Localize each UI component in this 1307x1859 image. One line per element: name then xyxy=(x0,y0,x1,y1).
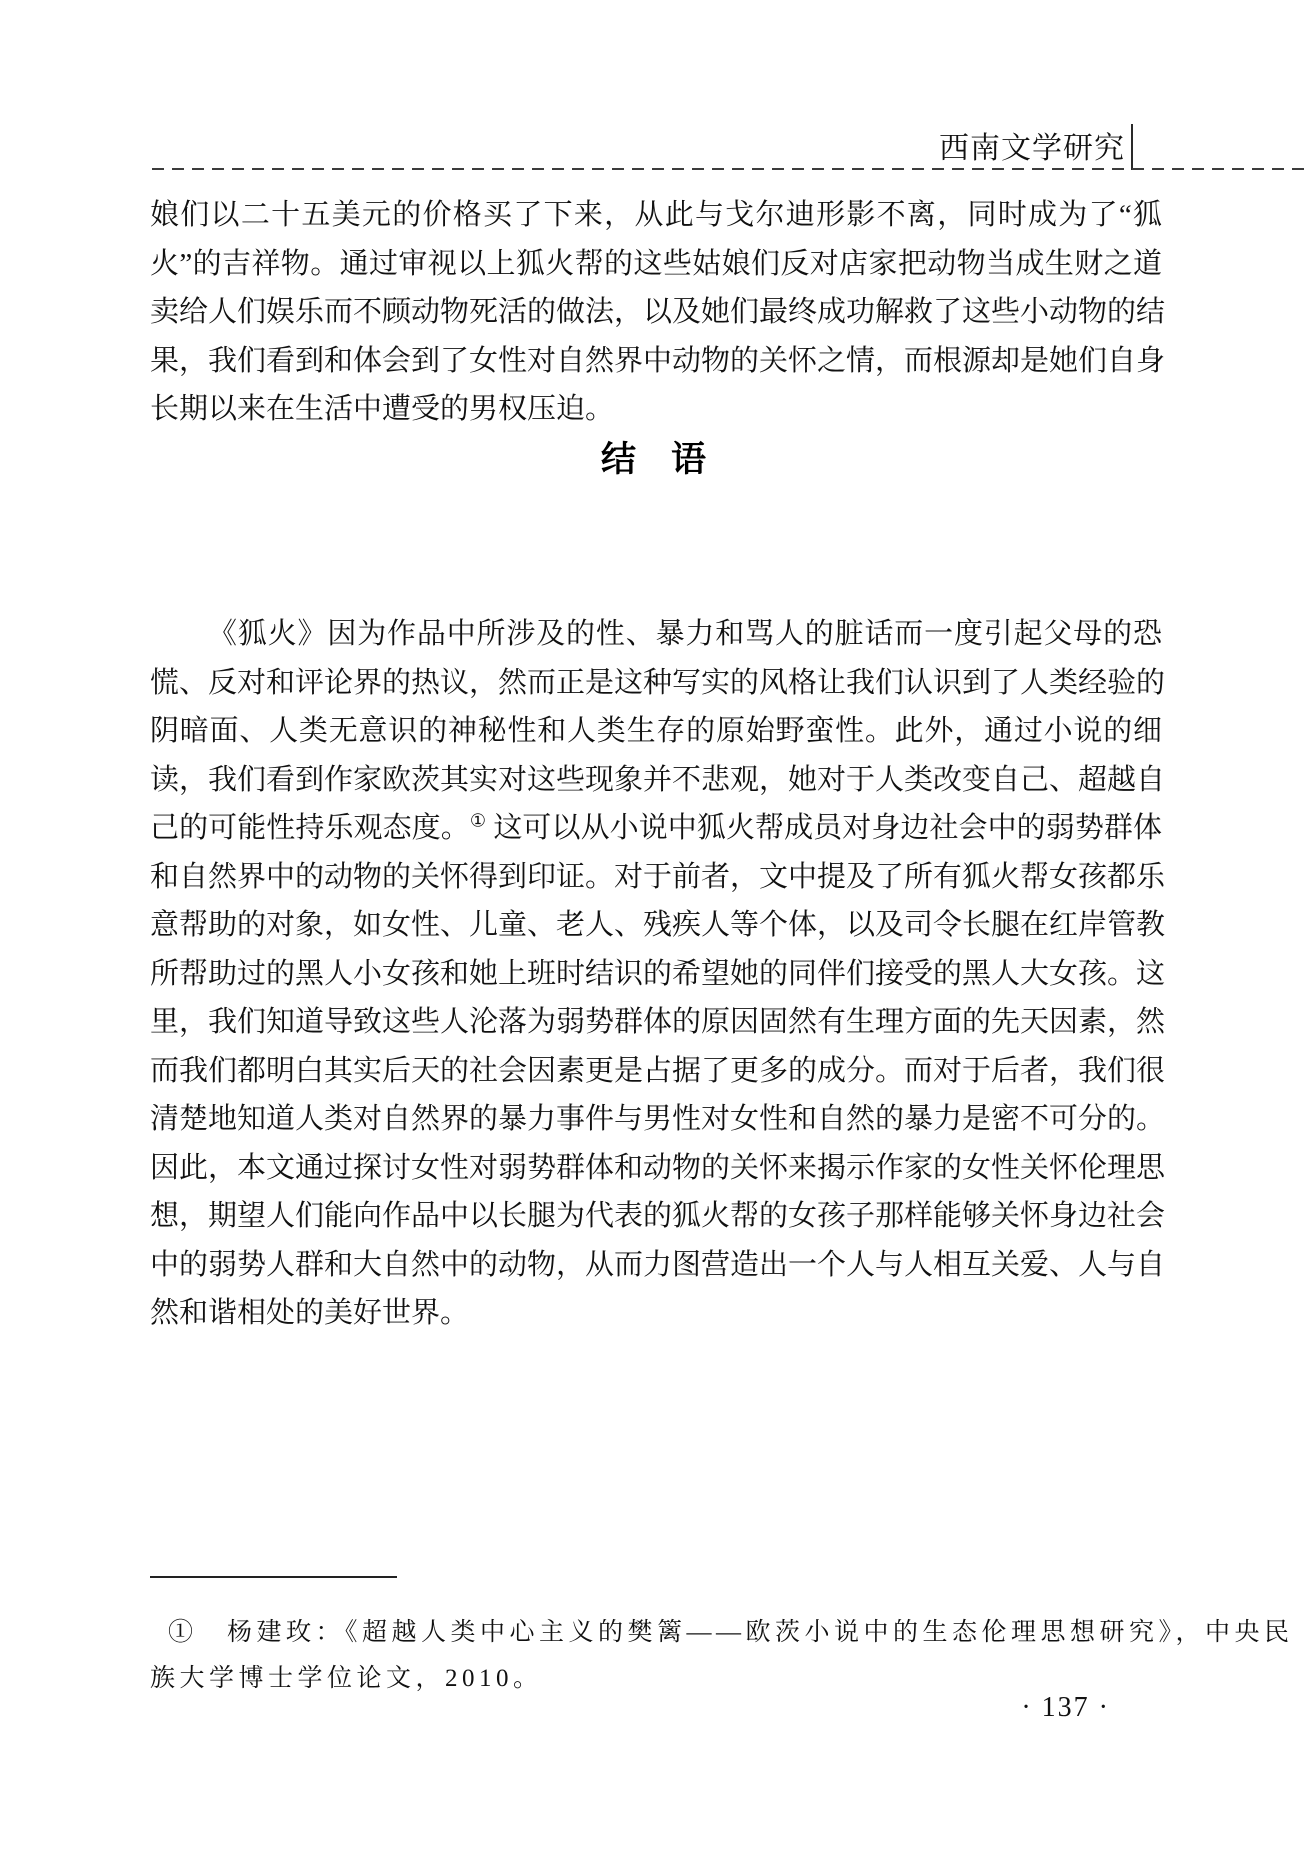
body-text-line: 《狐火》因为作品中所涉及的性、暴力和骂人的脏话而一度引起父母的恐 xyxy=(150,610,1162,659)
running-head-title: 西南文学研究 xyxy=(939,131,1125,167)
running-head-vertical-bar xyxy=(1131,124,1133,170)
page-number: · 137 · xyxy=(1021,1692,1110,1724)
body-text-line: 果，我们看到和体会到了女性对自然界中动物的关怀之情，而根源却是她们自身 xyxy=(150,337,1162,386)
body-text-line: 火”的吉祥物。通过审视以上狐火帮的这些姑娘们反对店家把动物当成生财之道 xyxy=(150,240,1162,289)
running-head-dashed-rule xyxy=(152,168,1307,170)
body-text-line: 和自然界中的动物的关怀得到印证。对于前者，文中提及了所有狐火帮女孩都乐 xyxy=(150,853,1162,902)
document-page: 西南文学研究 娘们以二十五美元的价格买了下来，从此与戈尔迪形影不离，同时成为了“… xyxy=(0,0,1307,1859)
text-after-ref: 这可以从小说中狐火帮成员对身边社会中的弱势群体 xyxy=(493,812,1162,844)
body-text-line: 慌、反对和评论界的热议，然而正是这种写实的风格让我们认识到了人类经验的 xyxy=(150,659,1162,708)
body-text-line: 中的弱势人群和大自然中的动物，从而力图营造出一个人与人相互关爱、人与自 xyxy=(150,1241,1162,1290)
body-text-line: 想，期望人们能向作品中以长腿为代表的狐火帮的女孩子那样能够关怀身边社会 xyxy=(150,1192,1162,1241)
body-text-line: 卖给人们娱乐而不顾动物死活的做法，以及她们最终成功解救了这些小动物的结 xyxy=(150,288,1162,337)
body-text-line: 所帮助过的黑人小女孩和她上班时结识的希望她的同伴们接受的黑人大女孩。这 xyxy=(150,950,1162,999)
body-text-line: 长期以来在生活中遭受的男权压迫。 xyxy=(150,385,1162,434)
footnote-text-line: 族大学博士学位论文，2010。 xyxy=(150,1656,1162,1702)
body-text-line: 意帮助的对象，如女性、儿童、老人、残疾人等个体，以及司令长腿在红岸管教 xyxy=(150,901,1162,950)
section-heading: 结 语 xyxy=(0,432,1307,482)
body-text-line: 里，我们知道导致这些人沦落为弱势群体的原因固然有生理方面的先天因素，然 xyxy=(150,998,1162,1047)
body-text-line: 清楚地知道人类对自然界的暴力事件与男性对女性和自然的暴力是密不可分的。 xyxy=(150,1095,1162,1144)
body-text-line: 因此，本文通过探讨女性对弱势群体和动物的关怀来揭示作家的女性关怀伦理思 xyxy=(150,1144,1162,1193)
body-text-line-with-footnote-ref: 己的可能性持乐观态度。① 这可以从小说中狐火帮成员对身边社会中的弱势群体 xyxy=(150,804,1162,853)
body-text-line: 阴暗面、人类无意识的神秘性和人类生存的原始野蛮性。此外，通过小说的细 xyxy=(150,707,1162,756)
paragraph-continued: 娘们以二十五美元的价格买了下来，从此与戈尔迪形影不离，同时成为了“狐 火”的吉祥… xyxy=(150,191,1162,434)
paragraph-conclusion: 《狐火》因为作品中所涉及的性、暴力和骂人的脏话而一度引起父母的恐 慌、反对和评论… xyxy=(150,610,1162,1338)
footnote-separator-rule xyxy=(150,1576,397,1578)
body-text-line: 读，我们看到作家欧茨其实对这些现象并不悲观，她对于人类改变自己、超越自 xyxy=(150,756,1162,805)
body-text-line: 娘们以二十五美元的价格买了下来，从此与戈尔迪形影不离，同时成为了“狐 xyxy=(150,191,1162,240)
footnote-ref-marker: ① xyxy=(470,810,486,830)
body-text-line: 而我们都明白其实后天的社会因素更是占据了更多的成分。而对于后者，我们很 xyxy=(150,1047,1162,1096)
footnote: ① 杨建玫：《超越人类中心主义的樊篱——欧茨小说中的生态伦理思想研究》，中央民 … xyxy=(150,1610,1162,1702)
footnote-text-line: ① 杨建玫：《超越人类中心主义的樊篱——欧茨小说中的生态伦理思想研究》，中央民 xyxy=(150,1610,1162,1656)
body-text-line: 然和谐相处的美好世界。 xyxy=(150,1289,1162,1338)
text-before-ref: 己的可能性持乐观态度。 xyxy=(150,812,470,844)
